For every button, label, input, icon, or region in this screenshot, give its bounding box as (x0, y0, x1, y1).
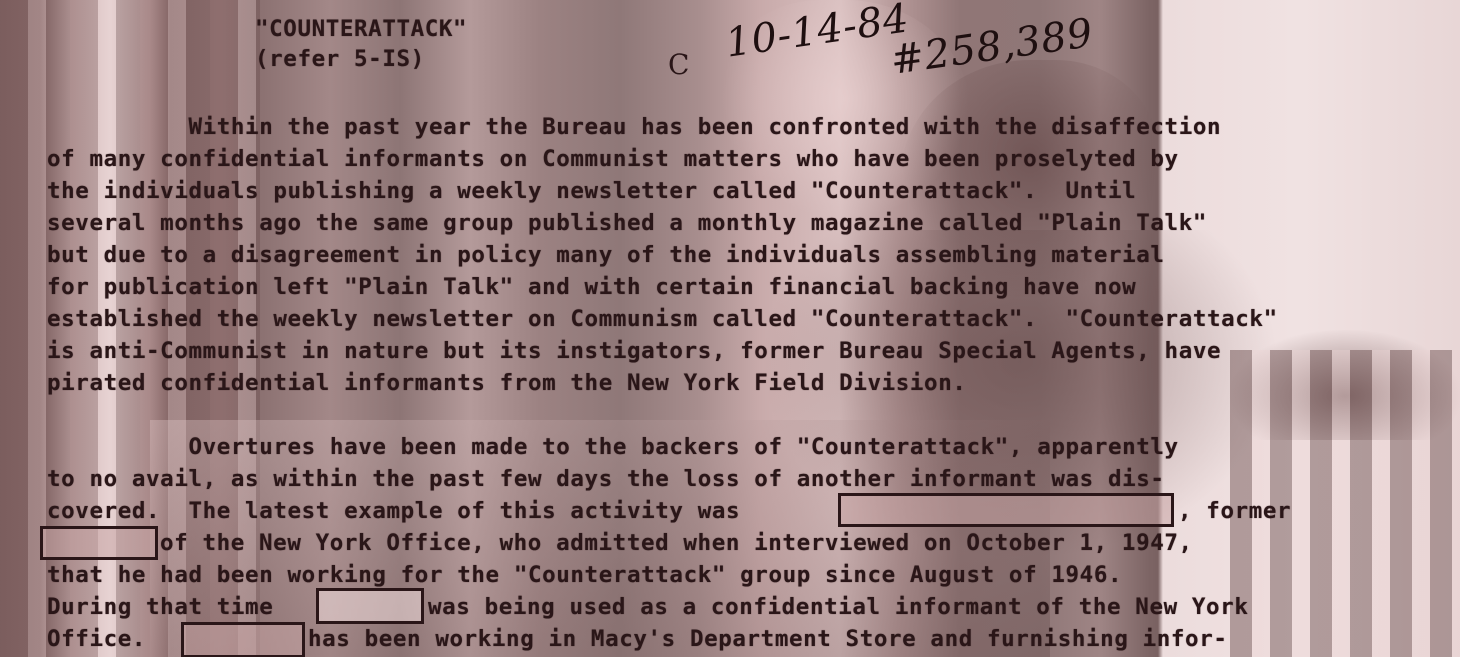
paragraph-2-line: has been working in Macy's Department St… (308, 624, 1228, 654)
handwritten-date: 10-14-84 (723, 0, 912, 67)
paragraph-2-line: Overtures have been made to the backers … (47, 432, 1179, 462)
paragraph-1-line: the individuals publishing a weekly news… (47, 176, 1136, 206)
paragraph-1-line: but due to a disagreement in policy many… (47, 240, 1165, 270)
memo-reference: (refer 5-IS) (255, 44, 425, 74)
paragraph-2-line: Office. (47, 624, 146, 654)
redaction-box (316, 588, 424, 624)
paragraph-2-line: covered. The latest example of this acti… (47, 496, 740, 526)
handwritten-number: #258,389 (888, 10, 1096, 84)
paragraph-1-line: established the weekly newsletter on Com… (47, 304, 1278, 334)
memo-title: "COUNTERATTACK" (255, 14, 467, 44)
redaction-box (181, 622, 305, 657)
paragraph-2-line: During that time (47, 592, 273, 622)
paragraph-1-line: is anti-Communist in nature but its inst… (47, 336, 1221, 366)
redaction-box (838, 493, 1174, 527)
paragraph-1-line: several months ago the same group publis… (47, 208, 1207, 238)
paragraph-1-line: pirated confidential informants from the… (47, 368, 967, 398)
paragraph-2-line: was being used as a confidential informa… (428, 592, 1248, 622)
typewritten-memo: "COUNTERATTACK" (refer 5-IS) C 10-14-84 … (0, 0, 1460, 657)
document-photo-collage: "COUNTERATTACK" (refer 5-IS) C 10-14-84 … (0, 0, 1460, 657)
paragraph-2-line: of the New York Office, who admitted whe… (160, 528, 1193, 558)
paragraph-2-line: that he had been working for the "Counte… (47, 560, 1122, 590)
paragraph-1-line: for publication left "Plain Talk" and wi… (47, 272, 1136, 302)
paragraph-1-line: Within the past year the Bureau has been… (47, 112, 1221, 142)
redaction-box (40, 526, 158, 560)
margin-mark: C (668, 48, 690, 81)
paragraph-2-line: , former (1178, 496, 1291, 526)
paragraph-2-line: to no avail, as within the past few days… (47, 464, 1165, 494)
paragraph-1-line: of many confidential informants on Commu… (47, 144, 1179, 174)
